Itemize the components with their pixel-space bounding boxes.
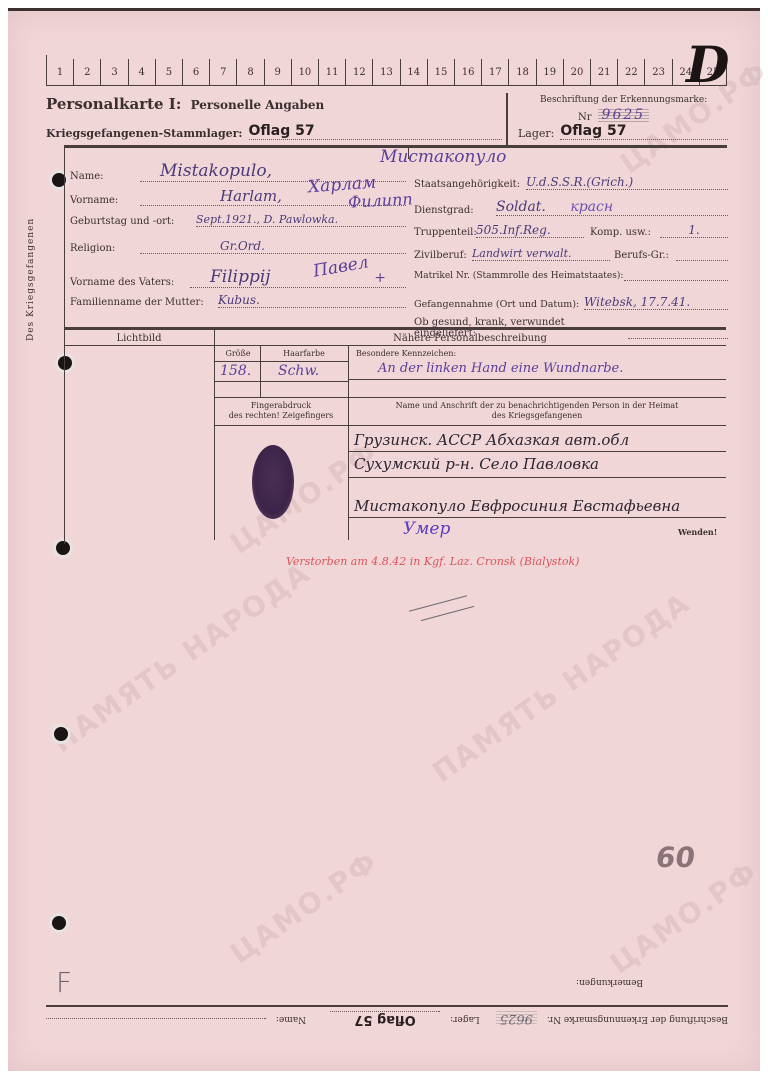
nr-row: Nr 9625 (578, 107, 649, 123)
dienstgrad-field: Dienstgrad: Soldat. красн (414, 199, 728, 216)
nr-value: 9625 (598, 107, 650, 123)
religion-field: Religion: Gr.Ord. (70, 239, 406, 254)
komp-label: Komp. usw.: (590, 227, 660, 238)
number-strip-cell: 15 (428, 59, 455, 85)
watermark: ПАМЯТЬ НАРОДА (46, 556, 316, 759)
initial-f: F (56, 966, 72, 999)
contact-line-2: Сухумский р-н. Село Павловка (354, 455, 599, 473)
number-strip-cell: 13 (373, 59, 400, 85)
matrikel-value (624, 280, 728, 281)
section-label: Nähere Personalbeschreibung (214, 333, 726, 344)
number-strip-cell: 9 (265, 59, 292, 85)
mutter-label: Familienname der Mutter: (70, 297, 218, 308)
staat-label: Staatsangehörigkeit: (414, 179, 526, 190)
vater-cyrillic: Филипп (348, 189, 414, 211)
groesse-divider (260, 345, 261, 397)
geburt-label: Geburtstag und -ort: (70, 216, 196, 227)
number-strip: 1234567891011121314151617181920212223242… (46, 55, 727, 86)
mutter-value: Kubus. (218, 293, 406, 308)
erkennungsmarke-label: Beschriftung der Erkennungsmarke: (540, 95, 707, 105)
pencil-stroke (421, 606, 474, 621)
bemerkungen-label: Bemerkungen: (576, 977, 643, 987)
berufs-value (676, 260, 728, 261)
number-strip-cell: 8 (237, 59, 264, 85)
lager-value: Oflag 57 (560, 123, 728, 140)
matrikel-label: Matrikel Nr. (Stammrolle des Heimatstaat… (414, 271, 624, 281)
staat-field: Staatsangehörigkeit: U.d.S.S.R.(Grich.) (414, 175, 728, 190)
contact-rule-2 (348, 477, 726, 478)
footer-strip: Beschriftung der Erkennungsmarke Nr. 962… (46, 1009, 728, 1029)
footer-rule (46, 1005, 728, 1007)
number-strip-cell: 20 (564, 59, 591, 85)
finger-label: Fingerabdruck des rechten! Zeigefingers (214, 401, 348, 421)
finger-label-line-2: des rechten! Zeigefingers (214, 411, 348, 421)
geburt-field: Geburtstag und -ort: Sept.1921., D. Pawl… (70, 213, 406, 227)
number-strip-cell: 6 (183, 59, 210, 85)
contact-line-3: Мистакопуло Евфросиния Евстафьевна (354, 497, 680, 515)
dienstgrad-label: Dienstgrad: (414, 205, 496, 216)
gefangennahme-label: Gefangennahme (Ort und Datum): (414, 299, 584, 310)
komp-value: 1. (660, 223, 728, 238)
haarfarbe-divider (348, 345, 349, 540)
number-strip-cell: 12 (346, 59, 373, 85)
nr-label: Nr (578, 112, 592, 123)
matrikel-field: Matrikel Nr. (Stammrolle des Heimatstaat… (414, 271, 728, 281)
truppenteil-value: 505.Inf.Reg. (476, 223, 584, 238)
contact-rule-1 (348, 451, 726, 452)
zivilberuf-value: Landwirt verwalt. (472, 247, 610, 261)
staat-value: U.d.S.S.R.(Grich.) (526, 175, 728, 190)
zivilberuf-label: Zivilberuf: (414, 250, 472, 261)
card-title: Personalkarte I: Personelle Angaben (46, 95, 324, 113)
footer-strip-label: Beschriftung der Erkennungsmarke Nr. (547, 1014, 728, 1024)
section-divider (64, 327, 726, 330)
truppenteil-field: Truppenteil: 505.Inf.Reg. Komp. usw.: 1. (414, 223, 728, 238)
lager-row: Lager: Oflag 57 (518, 123, 728, 140)
name-label: Name: (70, 171, 140, 182)
religion-label: Religion: (70, 243, 140, 254)
number-strip-cell: 23 (645, 59, 672, 85)
gefangennahme-value: Witebsk, 17.7.41. (584, 295, 728, 310)
vorname-label: Vorname: (70, 195, 140, 206)
death-note: Verstorben am 4.8.42 in Kgf. Laz. Cronsk… (286, 555, 579, 568)
number-strip-cell: 11 (319, 59, 346, 85)
punch-hole (52, 916, 66, 930)
personal-card: ЦАМО.РФ ПАМЯТЬ НАРОДА ЦАМО.РФ ЦАМО.РФ ПА… (8, 8, 760, 1071)
groesse-value: 158. (220, 363, 251, 379)
contact-rule-3 (348, 517, 726, 518)
name-cyrillic: Мистакопуло (380, 147, 506, 167)
contact-line-1: Грузинск. АССР Абхазкая авт.обл (354, 431, 629, 449)
contact-label-line-1: Name und Anschrift der zu benachrichtige… (348, 401, 726, 411)
finger-header-bottom (214, 425, 726, 426)
subheader-divider (64, 345, 726, 346)
fingerprint (252, 445, 294, 519)
groesse-row-line (214, 361, 348, 362)
kennzeichen-value: An der linken Hand eine Wundnarbe. (378, 361, 623, 376)
vater-deceased-mark: + (374, 270, 386, 286)
kennzeichen-label: Besondere Kennzeichen: (356, 349, 456, 358)
corner-mark: D (686, 35, 729, 94)
lager-label: Lager: (518, 127, 554, 140)
gefangennahme-field: Gefangennahme (Ort und Datum): Witebsk, … (414, 295, 728, 310)
watermark: ПАМЯТЬ НАРОДА (426, 586, 696, 789)
kennzeichen-line (348, 379, 726, 380)
number-strip-cell: 1 (47, 59, 74, 85)
contact-label: Name und Anschrift der zu benachrichtige… (348, 401, 726, 421)
finger-header-top (214, 397, 726, 398)
title-text: Personalkarte I: (46, 95, 181, 113)
punch-hole (54, 727, 68, 741)
zivilberuf-field: Zivilberuf: Landwirt verwalt. Berufs-Gr.… (414, 247, 728, 261)
dienstgrad-value: Soldat. красн (496, 199, 728, 216)
number-strip-cell: 2 (74, 59, 101, 85)
footer-strip-nr: 9625 (496, 1012, 537, 1027)
number-strip-cell: 4 (129, 59, 156, 85)
number-strip-cell: 5 (156, 59, 183, 85)
haarfarbe-value: Schw. (278, 363, 319, 379)
number-strip-cell: 7 (210, 59, 237, 85)
side-label: Des Kriegsgefangenen (26, 218, 36, 341)
number-strip-cell: 19 (537, 59, 564, 85)
footer-strip-name-value (46, 1019, 266, 1020)
number-strip-cell: 16 (455, 59, 482, 85)
footer-strip-lager-label: Lager: (450, 1014, 480, 1024)
geburt-value: Sept.1921., D. Pawlowka. (196, 213, 406, 227)
dienstgrad-text: Soldat. (496, 199, 546, 215)
number-strip-cell: 22 (618, 59, 645, 85)
number-strip-cell: 10 (292, 59, 319, 85)
stammlager-row: Kriegsgefangenen-Stammlager: Oflag 57 (46, 123, 502, 140)
contact-line-4: Умер (403, 519, 450, 539)
berufs-label: Berufs-Gr.: (614, 250, 676, 261)
watermark: ЦАМО.РФ (224, 845, 384, 971)
groesse-row-line-2 (214, 381, 348, 382)
dienstgrad-cyrillic: красн (570, 199, 613, 215)
haarfarbe-label: Haarfarbe (264, 349, 344, 358)
finger-label-line-1: Fingerabdruck (214, 401, 348, 411)
groesse-label: Größe (218, 349, 258, 358)
truppenteil-label: Truppenteil: (414, 227, 476, 238)
number-strip-cell: 14 (401, 59, 428, 85)
subtitle-text: Personelle Angaben (191, 98, 325, 112)
mutter-field: Familienname der Mutter: Kubus. (70, 293, 406, 308)
vater-label: Vorname des Vaters: (70, 277, 190, 288)
number-strip-cell: 18 (509, 59, 536, 85)
stammlager-value: Oflag 57 (249, 123, 503, 140)
lichtbild-label: Lichtbild (64, 333, 214, 344)
footer-strip-lager: Oflag 57 (330, 1011, 440, 1027)
header-divider (506, 93, 508, 145)
number-strip-cell: 17 (482, 59, 509, 85)
contact-label-line-2: des Kriegsgefangenen (348, 411, 726, 421)
number-strip-cell: 21 (591, 59, 618, 85)
stammlager-label: Kriegsgefangenen-Stammlager: (46, 127, 243, 140)
number-strip-cell: 3 (101, 59, 128, 85)
wenden-label: Wenden! (678, 527, 717, 537)
footer-strip-name-label: Name: (276, 1014, 306, 1024)
stamp-number: 60 (654, 841, 698, 874)
